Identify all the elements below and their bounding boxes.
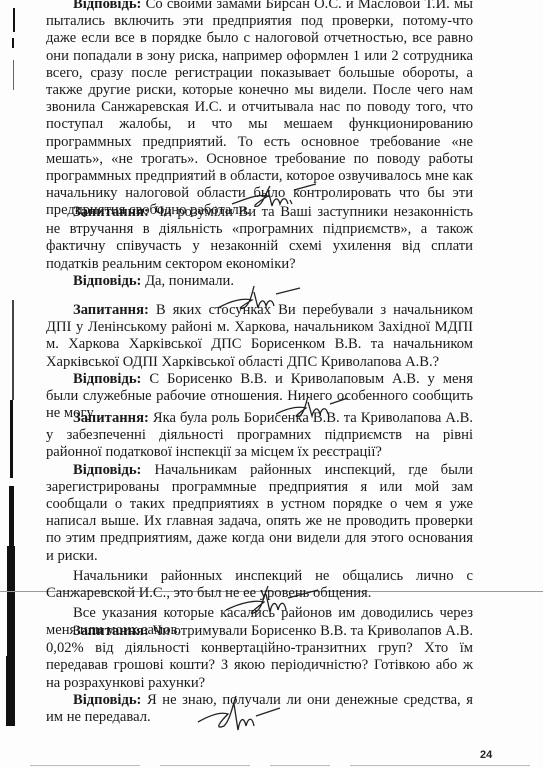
signature-5 <box>192 690 282 736</box>
binding-shadow <box>9 486 14 546</box>
signature-4 <box>222 580 322 620</box>
question-paragraph: Запитання: Чи розуміли Ви та Ваші заступ… <box>46 204 473 273</box>
question-label: Запитання: <box>73 302 149 318</box>
scan-edge-mark <box>160 765 250 766</box>
scan-edge-mark <box>30 765 140 766</box>
binding-shadow <box>6 656 15 726</box>
question-label: Запитання: <box>73 410 149 426</box>
signature-1 <box>228 180 318 212</box>
binding-shadow <box>10 400 13 478</box>
question-label: Запитання: <box>73 623 149 639</box>
answer-label: Відповідь: <box>73 0 141 12</box>
answer-label: Відповідь: <box>73 692 141 708</box>
scan-edge-mark <box>13 8 15 32</box>
scan-edge-mark <box>12 38 14 48</box>
scanned-document-page: Відповідь: Со своими замами Бирсан О.С. … <box>0 0 543 768</box>
signature-2 <box>214 280 304 314</box>
answer-label: Відповідь: <box>73 273 141 289</box>
scan-edge-mark <box>12 300 14 400</box>
question-block-1: Запитання: Чи розуміли Ви та Ваші заступ… <box>46 204 473 290</box>
page-number: 24 <box>480 749 492 761</box>
question-label: Запитання: <box>73 204 149 220</box>
answer-label: Відповідь: <box>73 371 141 387</box>
scan-edge-mark <box>13 60 14 90</box>
question-block-2: Запитання: В яких стосунках Ви перебувал… <box>46 302 473 422</box>
binding-shadow <box>7 546 15 656</box>
scan-edge-mark <box>270 765 330 766</box>
answer-paragraph: Відповідь: Начальникам районных инспекци… <box>46 462 473 565</box>
question-paragraph: Запитання: Чи отримували Борисенко В.В. … <box>46 623 473 692</box>
answer-label: Відповідь: <box>73 462 141 478</box>
scan-edge-mark <box>350 765 530 766</box>
signature-3 <box>272 392 352 422</box>
question-paragraph: Запитання: Яка була роль Борисенка В.В. … <box>46 410 473 462</box>
